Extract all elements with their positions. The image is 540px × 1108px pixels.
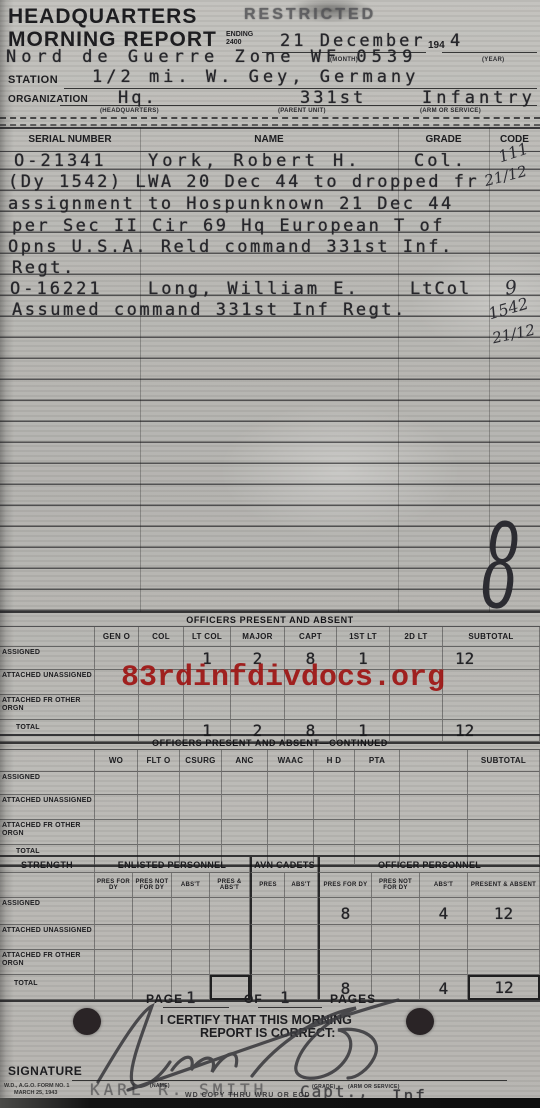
cell <box>139 695 184 720</box>
page-value: 1 <box>186 988 196 1007</box>
cell <box>420 925 468 950</box>
cell <box>222 772 268 795</box>
entry-serial: O-16221 <box>10 279 103 299</box>
organization-label: ORGANIZATION <box>8 94 88 105</box>
cell <box>172 950 210 975</box>
cell <box>180 820 222 845</box>
cell <box>250 925 285 950</box>
cell: 4 <box>420 975 468 1000</box>
zone-coordinates: Nord de Guerre Zone WF 0539 <box>6 47 417 67</box>
row-label: ATTACHED FR OTHER ORGN <box>0 820 95 845</box>
cell <box>285 898 318 925</box>
row-label: ATTACHED FR OTHER ORGN <box>0 695 95 720</box>
grade-sublabel: (GRADE) <box>312 1084 336 1090</box>
entry-remark-line: (Dy 1542) LWA 20 Dec 44 to dropped fr <box>8 172 479 192</box>
sub-col: PRES <box>250 873 285 898</box>
cell <box>314 795 355 820</box>
cell <box>138 820 180 845</box>
corner-cell <box>0 873 95 898</box>
group-officer: OFFICER PERSONNEL <box>318 857 540 873</box>
entry-serial: O-21341 <box>14 151 107 171</box>
page-label: PAGE <box>146 992 183 1006</box>
morning-report-document: HEADQUARTERS RESTRICTED MORNING REPORT E… <box>0 0 540 1108</box>
punch-hole-right <box>406 1008 434 1035</box>
year-value: 4 <box>450 31 460 51</box>
entry-remark-line: Opns U.S.A. Reld command 331st Inf. <box>8 237 454 257</box>
col-header: COL <box>139 627 184 647</box>
org-headquarters-sublabel: (HEADQUARTERS) <box>100 108 159 114</box>
sub-col: PRES FOR DY <box>318 873 372 898</box>
sub-col: PRES NOT FOR DY <box>133 873 172 898</box>
headquarters-title: HEADQUARTERS <box>8 5 197 29</box>
page-underline <box>163 1007 229 1008</box>
station-value: 1/2 mi. W. Gey, Germany <box>92 67 419 87</box>
cell: 12 <box>468 898 540 925</box>
col-header: MAJOR <box>231 627 285 647</box>
cell <box>318 925 372 950</box>
entry-remark-line: per Sec II Cir 69 Hq European T of <box>12 216 445 236</box>
entry-remark-line: Regt. <box>12 258 76 278</box>
cell <box>355 795 400 820</box>
col-header: WO <box>95 750 138 772</box>
group-enlisted: ENLISTED PERSONNEL <box>95 857 250 873</box>
col-header: H D <box>314 750 355 772</box>
strength-label: STRENGTH <box>0 857 95 873</box>
strength-table: STRENGTH ENLISTED PERSONNEL AVN CADETS O… <box>0 855 540 1002</box>
cell <box>172 925 210 950</box>
year-label: (YEAR) <box>482 57 504 63</box>
row-label: TOTAL <box>0 975 95 1000</box>
officers-continued-table: OFFICERS PRESENT AND ABSENT—CONTINUED WO… <box>0 734 540 867</box>
restricted-stamp: RESTRICTED <box>244 6 376 24</box>
cell <box>95 898 133 925</box>
cell: 12 <box>443 647 540 670</box>
row-label: ATTACHED UNASSIGNED <box>0 670 95 695</box>
station-label: STATION <box>8 74 58 86</box>
col-header: LT COL <box>184 627 231 647</box>
cell <box>400 772 468 795</box>
cell <box>443 695 540 720</box>
form-number-line2: MARCH 25, 1943 <box>14 1090 57 1096</box>
sub-col: PRES NOT FOR DY <box>372 873 420 898</box>
cell: 4 <box>420 898 468 925</box>
cell <box>314 772 355 795</box>
sub-col: PRES & ABS'T <box>210 873 250 898</box>
row-label: ATTACHED UNASSIGNED <box>0 795 95 820</box>
cell <box>468 795 540 820</box>
corner-cell <box>0 750 95 772</box>
cell <box>250 950 285 975</box>
entry-remark-line: Assumed command 331st Inf Regt. <box>12 300 407 320</box>
cell <box>180 795 222 820</box>
cell <box>95 950 133 975</box>
cell <box>390 695 443 720</box>
certify-line2: REPORT IS CORRECT: <box>200 1026 335 1040</box>
cell: 12 <box>468 975 540 1000</box>
sub-col: ABS'T <box>285 873 318 898</box>
cell <box>314 820 355 845</box>
cell <box>133 898 172 925</box>
cell <box>400 795 468 820</box>
cell <box>95 820 138 845</box>
cell <box>318 950 372 975</box>
col-grade: GRADE <box>398 134 489 145</box>
cell <box>355 772 400 795</box>
col-header: SUBTOTAL <box>443 627 540 647</box>
certify-line1: I CERTIFY THAT THIS MORNING <box>160 1013 352 1027</box>
cell <box>355 820 400 845</box>
cell <box>372 925 420 950</box>
sub-col: PRESENT & ABSENT <box>468 873 540 898</box>
cell <box>138 772 180 795</box>
cell: 8 <box>318 898 372 925</box>
year-prefix: 194 <box>428 40 445 51</box>
form-number-line1: W.D., A.G.O. FORM NO. 1 <box>4 1083 70 1089</box>
cell <box>468 820 540 845</box>
punch-hole-left <box>73 1008 101 1035</box>
col-serial-number: SERIAL NUMBER <box>0 134 140 145</box>
cell <box>210 925 250 950</box>
col-header: CAPT <box>285 627 337 647</box>
cell <box>468 925 540 950</box>
col-header: WAAC <box>268 750 314 772</box>
cell <box>222 795 268 820</box>
pages-value: 1 <box>280 988 290 1007</box>
scan-bottom-edge <box>0 1098 540 1108</box>
officers-table-title: OFFICERS PRESENT AND ABSENT <box>0 611 540 627</box>
col-header: CSURG <box>180 750 222 772</box>
col-header: PTA <box>355 750 400 772</box>
officers-continued-title: OFFICERS PRESENT AND ABSENT—CONTINUED <box>0 734 540 750</box>
cell <box>95 975 133 1000</box>
cell <box>268 772 314 795</box>
cell <box>210 898 250 925</box>
corner-cell <box>0 627 95 647</box>
row-label: ASSIGNED <box>0 898 95 925</box>
cell <box>184 695 231 720</box>
cell <box>133 925 172 950</box>
col-header: ANC <box>222 750 268 772</box>
cell <box>468 950 540 975</box>
cell <box>133 950 172 975</box>
cell <box>268 795 314 820</box>
cell <box>372 950 420 975</box>
row-label: ASSIGNED <box>0 772 95 795</box>
cell <box>285 695 337 720</box>
cell <box>468 772 540 795</box>
row-label: ATTACHED FR OTHER ORGN <box>0 950 95 975</box>
section-divider <box>0 117 540 126</box>
cell <box>250 898 285 925</box>
col-header: FLT O <box>138 750 180 772</box>
pages-label: PAGES <box>330 992 376 1006</box>
cell <box>210 950 250 975</box>
cell <box>95 695 139 720</box>
cell <box>285 925 318 950</box>
cell <box>180 772 222 795</box>
sub-col: ABS'T <box>172 873 210 898</box>
year-underline <box>442 52 537 53</box>
org-parent-unit-sublabel: (PARENT UNIT) <box>278 108 326 114</box>
pages-underline <box>258 1007 322 1008</box>
col-header: 2D LT <box>390 627 443 647</box>
sub-col: ABS'T <box>420 873 468 898</box>
cell <box>443 670 540 695</box>
col-header: 1ST LT <box>337 627 390 647</box>
cell <box>231 695 285 720</box>
cell <box>337 695 390 720</box>
cell <box>400 820 468 845</box>
cell <box>420 950 468 975</box>
col-name: NAME <box>140 134 398 145</box>
organization-underline <box>60 105 537 106</box>
cell <box>95 772 138 795</box>
entry-name: Long, William E. <box>148 279 360 299</box>
row-label: ATTACHED UNASSIGNED <box>0 925 95 950</box>
group-avn-cadets: AVN CADETS <box>250 857 318 873</box>
archive-watermark: 83rdinfdivdocs.org <box>121 661 445 695</box>
cell <box>172 898 210 925</box>
signature-label: SIGNATURE <box>8 1064 82 1078</box>
sub-col: PRES FOR DY <box>95 873 133 898</box>
col-header: GEN O <box>95 627 139 647</box>
cell <box>372 975 420 1000</box>
handwritten-tally-mark: 8 <box>480 505 522 628</box>
cell <box>95 795 138 820</box>
org-arm-sublabel: (ARM OR SERVICE) <box>420 108 481 114</box>
cell <box>138 795 180 820</box>
ending-time: 2400 <box>226 39 242 46</box>
col-header <box>400 750 468 772</box>
entry-grade: Col. <box>414 151 467 171</box>
cell <box>372 898 420 925</box>
entry-name: York, Robert H. <box>148 151 362 171</box>
of-label: OF <box>244 992 263 1006</box>
entry-remark-line: assignment to Hospunknown 21 Dec 44 <box>8 194 454 214</box>
ending-label: ENDING <box>226 31 253 38</box>
col-header: SUBTOTAL <box>468 750 540 772</box>
cell <box>222 820 268 845</box>
cell <box>268 820 314 845</box>
entry-grade: LtCol <box>410 279 471 299</box>
row-label: ASSIGNED <box>0 647 95 670</box>
cell <box>285 950 318 975</box>
cell <box>95 925 133 950</box>
